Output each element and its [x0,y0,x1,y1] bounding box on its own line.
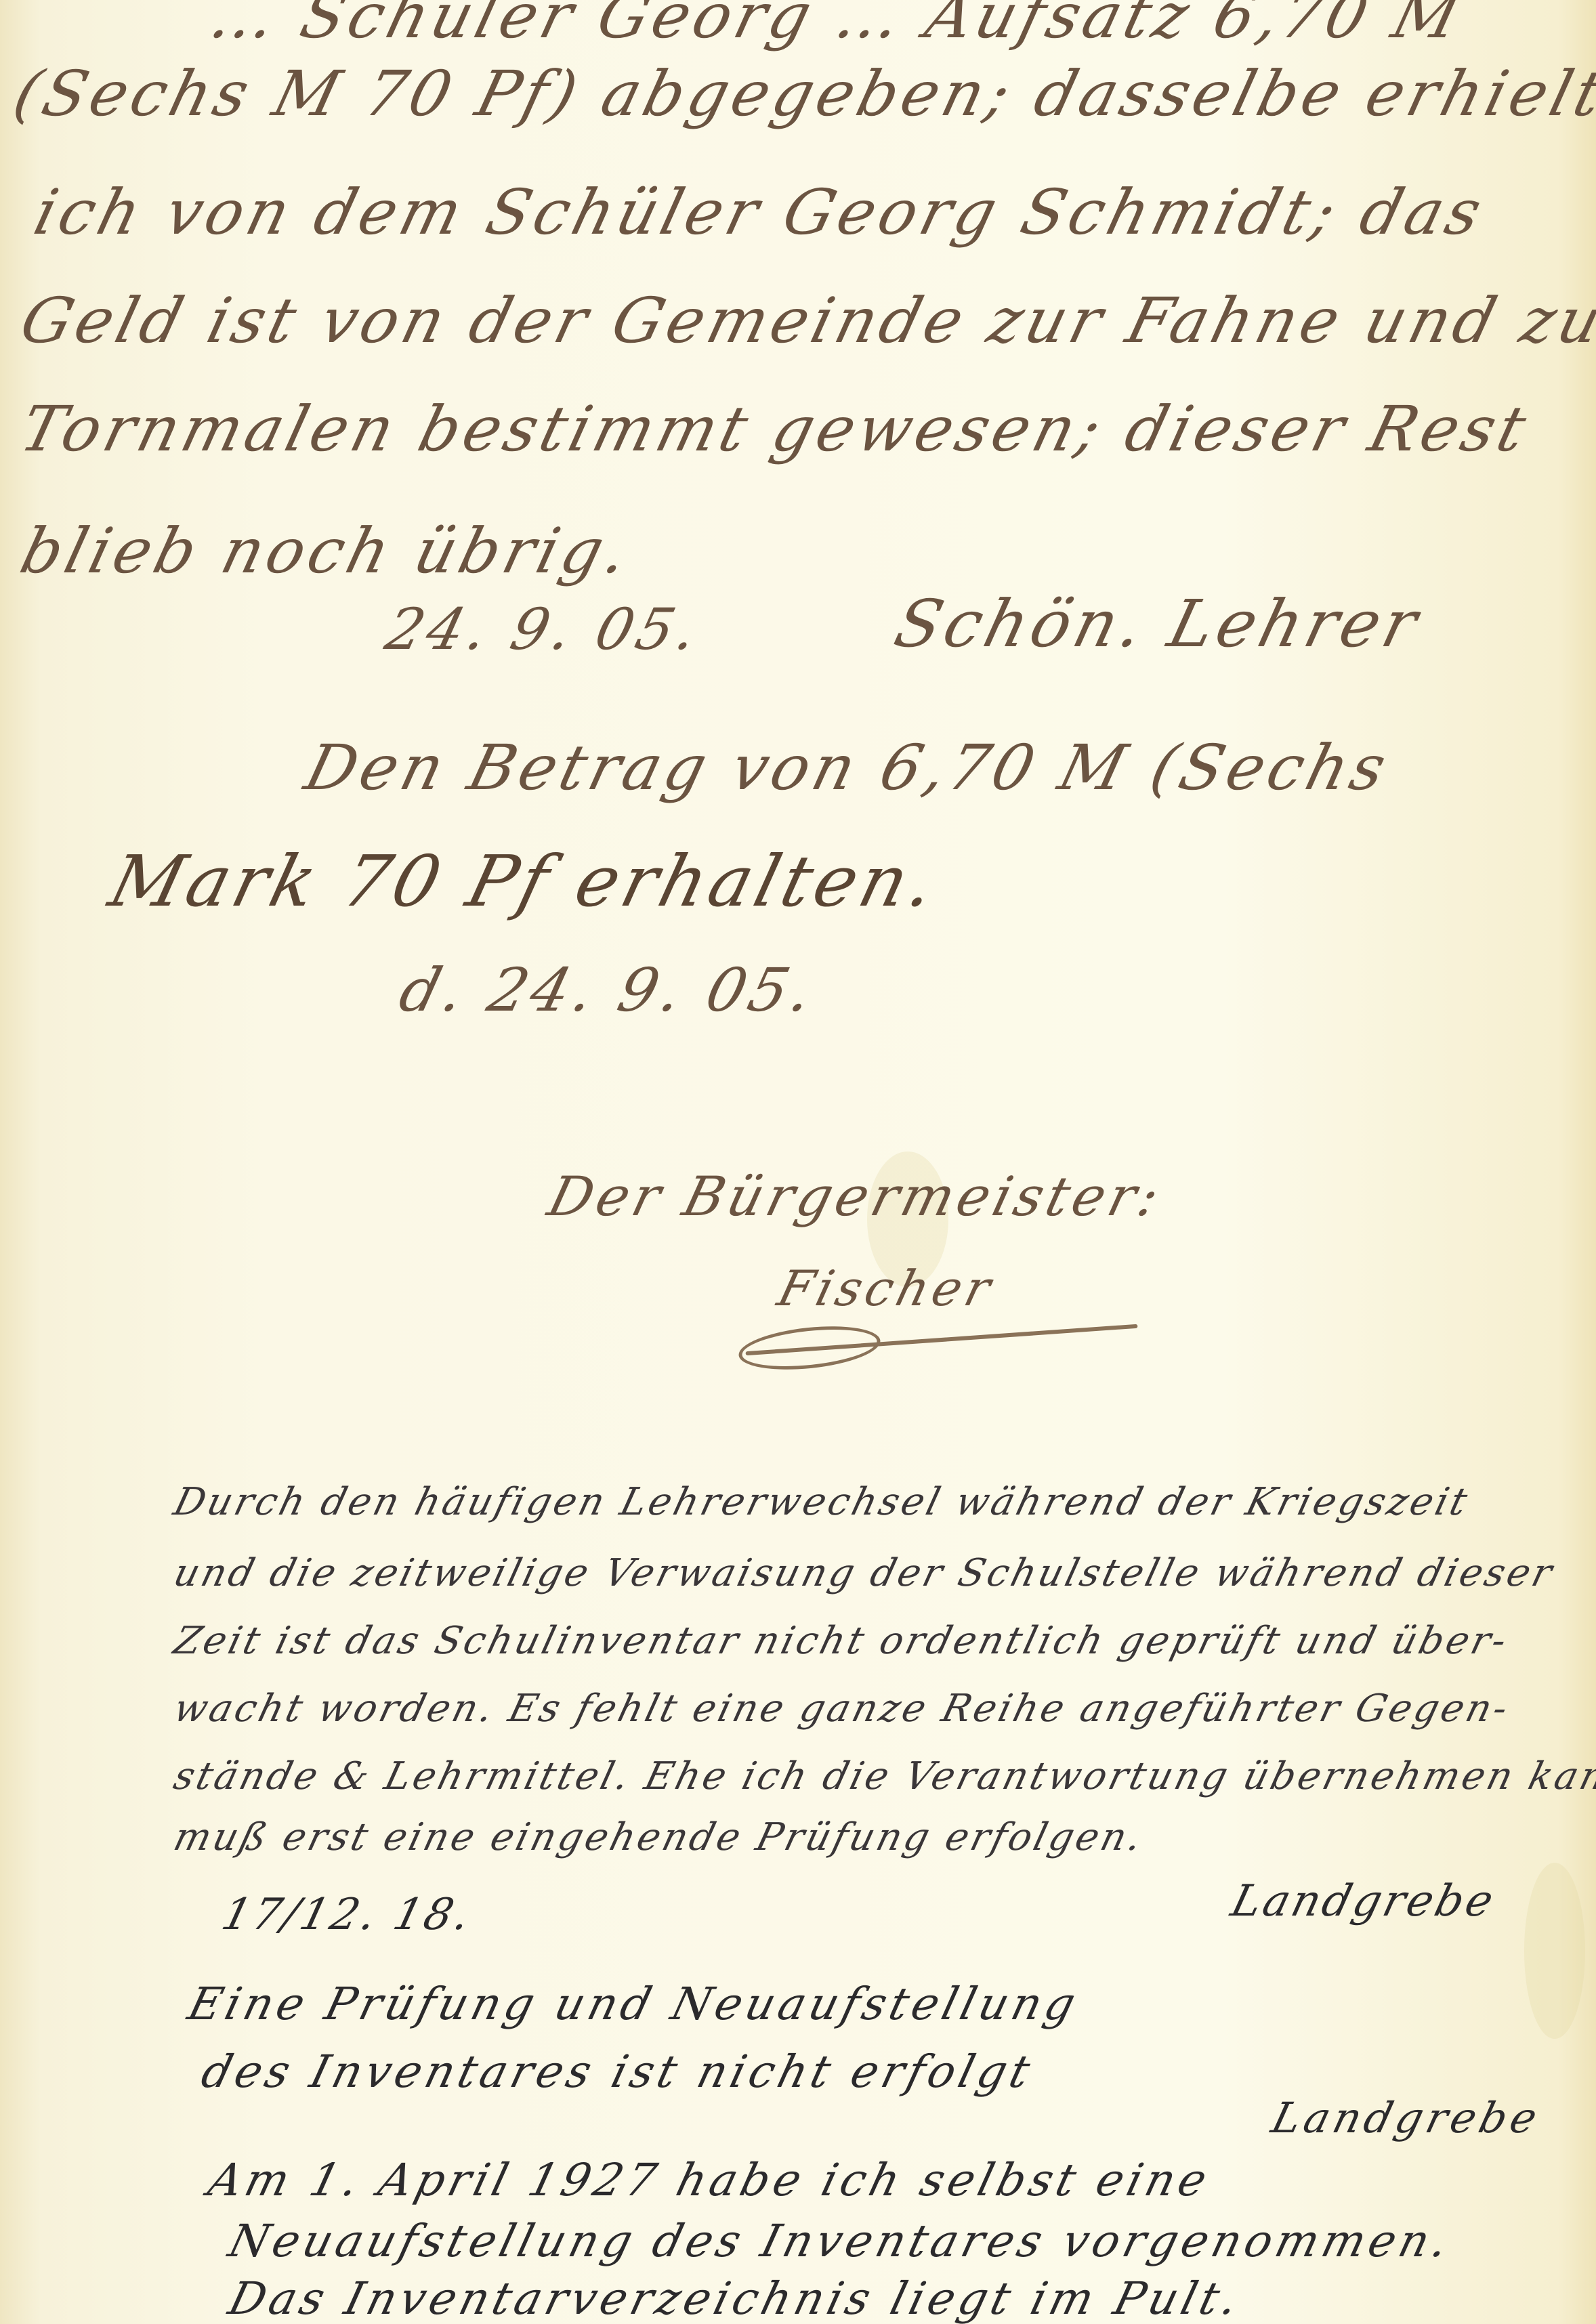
text-line: … Schüler Georg … Aufsatz 6,70 M [203,0,1471,52]
text-line: Tornmalen bestimmt gewesen; dieser Rest [14,393,1537,465]
text-line: muß erst eine eingehende Prüfung erfolge… [169,1815,1149,1859]
text-line: des Inventares ist nicht erfolgt [196,2046,1039,2098]
entry-date: 17/12. 18. [217,1890,478,1940]
text-line: blieb noch übrig. [14,515,639,587]
signature: Landgrebe [1267,2093,1546,2142]
text-line: (Sechs M 70 Pf) abgegeben; dasselbe erhi… [7,58,1596,130]
signature: Schön. Lehrer [887,586,1429,662]
text-line: Den Betrag von 6,70 M (Sechs [298,732,1397,804]
text-line: Geld ist von der Gemeinde zur Fahne und … [14,284,1596,357]
text-line: Durch den häufigen Lehrerwechsel während… [169,1480,1474,1524]
text-line: Neuaufstellung des Inventares vorgenomme… [224,2215,1457,2267]
text-line: Mark 70 Pf erhalten. [102,840,948,923]
text-line: Zeit ist das Schulinventar nicht ordentl… [169,1619,1513,1663]
text-line: und die zeitweilige Verwaisung der Schul… [169,1551,1559,1595]
signature-flourish [736,1320,882,1376]
signature: Landgrebe [1226,1876,1501,1926]
text-line: ich von dem Schüler Georg Schmidt; das [27,176,1492,249]
paper-stain [1524,1863,1585,2039]
text-line: wacht worden. Es fehlt eine ganze Reihe … [169,1687,1515,1731]
official-title: Der Bürgermeister: [542,1165,1169,1228]
document-page: … Schüler Georg … Aufsatz 6,70 M (Sechs … [0,0,1596,2324]
entry-date: 24. 9. 05. [379,596,708,662]
text-line: Eine Prüfung und Neuaufstellung [183,1978,1085,2030]
text-line: stände & Lehrmittel. Ehe ich die Verantw… [169,1754,1596,1798]
text-line: Das Inventarverzeichnis liegt im Pult. [224,2273,1247,2324]
text-line: Am 1. April 1927 habe ich selbst eine [203,2154,1216,2206]
receipt-date: d. 24. 9. 05. [393,955,824,1025]
signature: Fischer [772,1260,1001,1317]
